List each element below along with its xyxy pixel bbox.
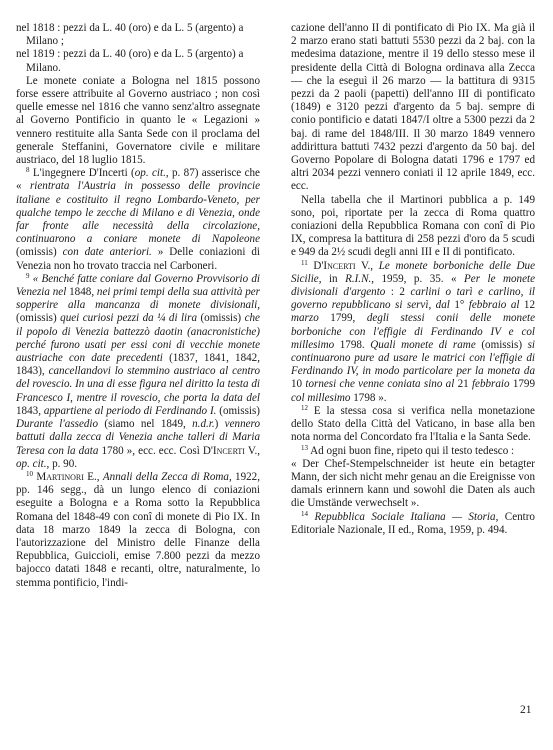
footnote-marker: 14 bbox=[301, 510, 308, 518]
footnote-marker: 8 bbox=[26, 166, 30, 174]
footnote-10: 10 Martinori E., Annali della Zecca di R… bbox=[16, 471, 260, 590]
footnote-marker: 10 bbox=[26, 470, 33, 478]
page-number: 21 bbox=[520, 704, 532, 716]
footnote-marker: 13 bbox=[301, 444, 308, 452]
paragraph-tabella: Nella tabella che il Martinori pubblica … bbox=[291, 194, 535, 260]
footnote-13-quote: « Der Chef-Stempelschneider ist heute ei… bbox=[291, 458, 535, 511]
footnote-9: 9 « Benché fatte coniare dal Governo Pro… bbox=[16, 273, 260, 471]
footnote-10-continuation: cazione dell'anno II di pontificato di P… bbox=[291, 22, 535, 194]
footnote-12: 12 E la stessa cosa si verifica nella mo… bbox=[291, 405, 535, 445]
book-page: nel 1818 : pezzi da L. 40 (oro) e da L. … bbox=[0, 0, 553, 750]
footnote-14: 14 Repubblica Sociale Italiana — Storia,… bbox=[291, 511, 535, 537]
footnote-marker: 9 bbox=[26, 272, 30, 280]
footnote-marker: 11 bbox=[301, 259, 308, 267]
list-item-1819: nel 1819 : pezzi da L. 40 (oro) e da L. … bbox=[16, 48, 260, 74]
paragraph-bologna: Le monete coniate a Bologna nel 1815 pos… bbox=[16, 75, 260, 167]
list-item-1818: nel 1818 : pezzi da L. 40 (oro) e da L. … bbox=[16, 22, 260, 48]
right-column: cazione dell'anno II di pontificato di P… bbox=[291, 22, 535, 537]
left-column: nel 1818 : pezzi da L. 40 (oro) e da L. … bbox=[16, 22, 260, 590]
footnote-11: 11 D'Incerti V., Le monete borboniche de… bbox=[291, 260, 535, 405]
footnote-marker: 12 bbox=[301, 404, 308, 412]
footnote-8: 8 L'ingegnere D'Incerti (op. cit., p. 87… bbox=[16, 167, 260, 273]
footnote-13: 13 Ad ogni buon fine, ripeto qui il test… bbox=[291, 445, 535, 458]
